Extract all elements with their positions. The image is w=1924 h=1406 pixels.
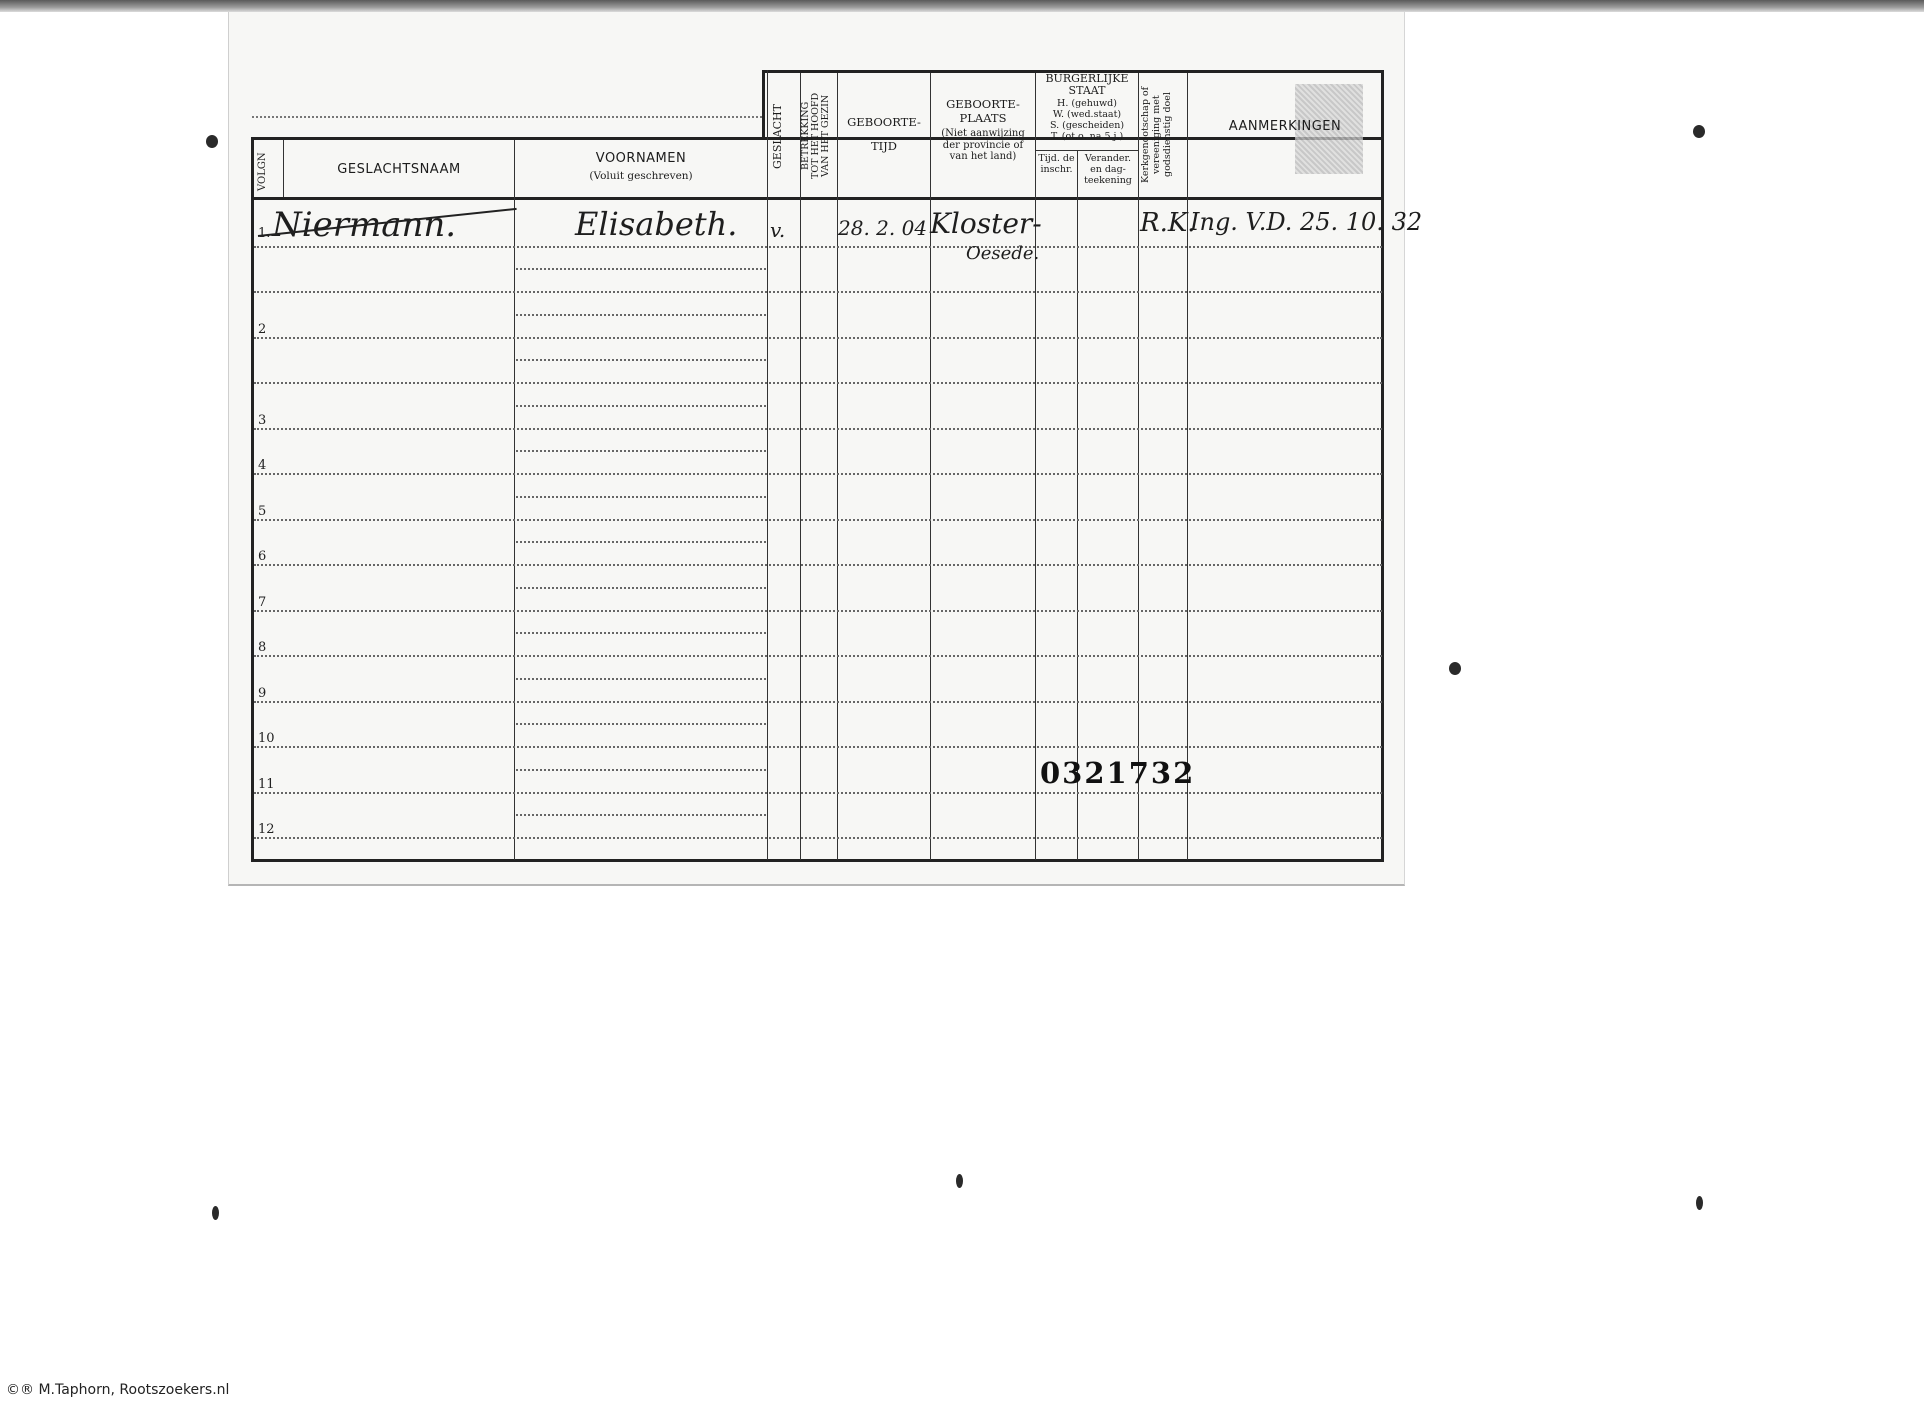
punch-hole-dot (1693, 125, 1705, 138)
entry-geslacht: v. (770, 218, 785, 242)
row-line (254, 792, 1382, 794)
column-divider (1035, 73, 1036, 860)
betrekking-line: VAN HET GEZIN (820, 95, 831, 177)
row-line (254, 564, 1382, 566)
kerk-line: Kerkgenootschap of (1140, 87, 1151, 183)
voornamen-subline (516, 314, 766, 316)
voornamen-subline (516, 541, 766, 543)
staat-code: W. (wed.staat) (1053, 109, 1121, 120)
header-geboortetijd-2: TIJD (838, 140, 930, 153)
header-kerkgenootschap: Kerkgenootschap of vereeniging met godsd… (1140, 76, 1186, 194)
row-line (254, 337, 1382, 339)
row-number: 8 (258, 640, 266, 655)
header-geslacht: GESLACHT (772, 80, 796, 194)
voornamen-subline (516, 450, 766, 452)
header-voornamen: VOORNAMEN (515, 152, 767, 167)
staat-code: S. (gescheiden) (1050, 120, 1124, 131)
punch-hole-dot (1696, 1196, 1703, 1210)
row-line (254, 428, 1382, 430)
row-number: 2 (258, 322, 266, 337)
punch-hole-dot (206, 135, 218, 148)
column-divider (837, 73, 838, 860)
voornamen-subline (516, 632, 766, 634)
row-number: 3 (258, 413, 266, 428)
row-number: 4 (258, 458, 266, 473)
header-geboorteplaats-sub: (Niet aanwijzing der provincie of van he… (934, 128, 1032, 163)
entry-geboorteplaats-2: Oesede. (966, 243, 1039, 264)
header-tijd-inschr: Tijd. de inschr. (1036, 153, 1077, 175)
archive-number-stamp: 0321732 (1040, 756, 1195, 790)
row-line (254, 701, 1382, 703)
row-line (254, 519, 1382, 521)
voornamen-subline (516, 678, 766, 680)
voornamen-subline (516, 405, 766, 407)
copyright-caption: ©® M.Taphorn, Rootszoekers.nl (6, 1382, 229, 1398)
entry-geboorteplaats-1: Kloster- (930, 207, 1042, 240)
column-divider (1187, 73, 1188, 860)
row-number: 12 (258, 822, 275, 837)
row-line (254, 837, 1382, 839)
entry-geboortetijd: 28. 2. 04 (838, 216, 927, 240)
row-line (254, 610, 1382, 612)
voornamen-subline (516, 587, 766, 589)
row-line (254, 291, 1382, 293)
entry-aanmerkingen: Ing. V.D. 25. 10. 32 (1190, 208, 1422, 236)
column-divider (1138, 73, 1139, 860)
header-burgerlijke-staat-codes: H. (gehuwd) W. (wed.staat) S. (gescheide… (1036, 98, 1138, 142)
punch-hole-dot (212, 1206, 219, 1220)
header-verander: Verander. en dag-teekening (1078, 153, 1138, 186)
punch-hole-dot (1449, 662, 1461, 675)
header-betrekking: BETREKKING TOT HET HOOFD VAN HET GEZIN (801, 78, 836, 194)
row-number: 9 (258, 686, 266, 701)
staat-code: T. (ot.o. na 5 j.) (1051, 131, 1123, 142)
header-bottom-rule (251, 197, 1384, 200)
voornamen-subline (516, 723, 766, 725)
voornamen-subline (516, 359, 766, 361)
entry-voornamen: Elisabeth. (575, 205, 737, 243)
column-divider (1077, 150, 1078, 860)
entry-kerkgenootschap: R.K. (1140, 208, 1196, 238)
header-geboortetijd-1: GEBOORTE- (838, 116, 930, 129)
row-line (254, 746, 1382, 748)
burgerlijke-staat-subdivider (1035, 150, 1138, 151)
voornamen-subline (516, 814, 766, 816)
header-geboorteplaats-1: GEBOORTE- (931, 98, 1035, 111)
row-number: 7 (258, 595, 266, 610)
voornamen-subline (516, 268, 766, 270)
kerk-line: vereeniging met (1151, 96, 1162, 175)
row-line (254, 246, 1382, 248)
header-voornamen-sub: (Voluit geschreven) (515, 170, 767, 182)
header-geslachtsnaam: GESLACHTSNAAM (284, 163, 514, 178)
header-geboorteplaats-2: PLAATS (931, 112, 1035, 125)
punch-hole-dot (956, 1174, 963, 1188)
header-burgerlijke-staat-2: STAAT (1036, 85, 1138, 98)
header-aanmerkingen: AANMERKINGEN (1188, 120, 1382, 135)
column-divider (514, 140, 515, 860)
scan-top-edge (0, 0, 1924, 12)
row-line (254, 473, 1382, 475)
voornamen-subline (516, 496, 766, 498)
row-number: 11 (258, 777, 275, 792)
row-number: 5 (258, 504, 266, 519)
header-volgn: VOLGN (258, 148, 280, 196)
top-dotted-line (252, 116, 762, 118)
row-line (254, 655, 1382, 657)
row-line (254, 382, 1382, 384)
staat-code: H. (gehuwd) (1057, 98, 1117, 109)
voornamen-subline (516, 769, 766, 771)
column-divider (930, 73, 931, 860)
row-number: 6 (258, 549, 266, 564)
row-number: 10 (258, 731, 275, 746)
column-divider (767, 70, 768, 860)
kerk-line: godsdienstig doel (1162, 93, 1173, 178)
